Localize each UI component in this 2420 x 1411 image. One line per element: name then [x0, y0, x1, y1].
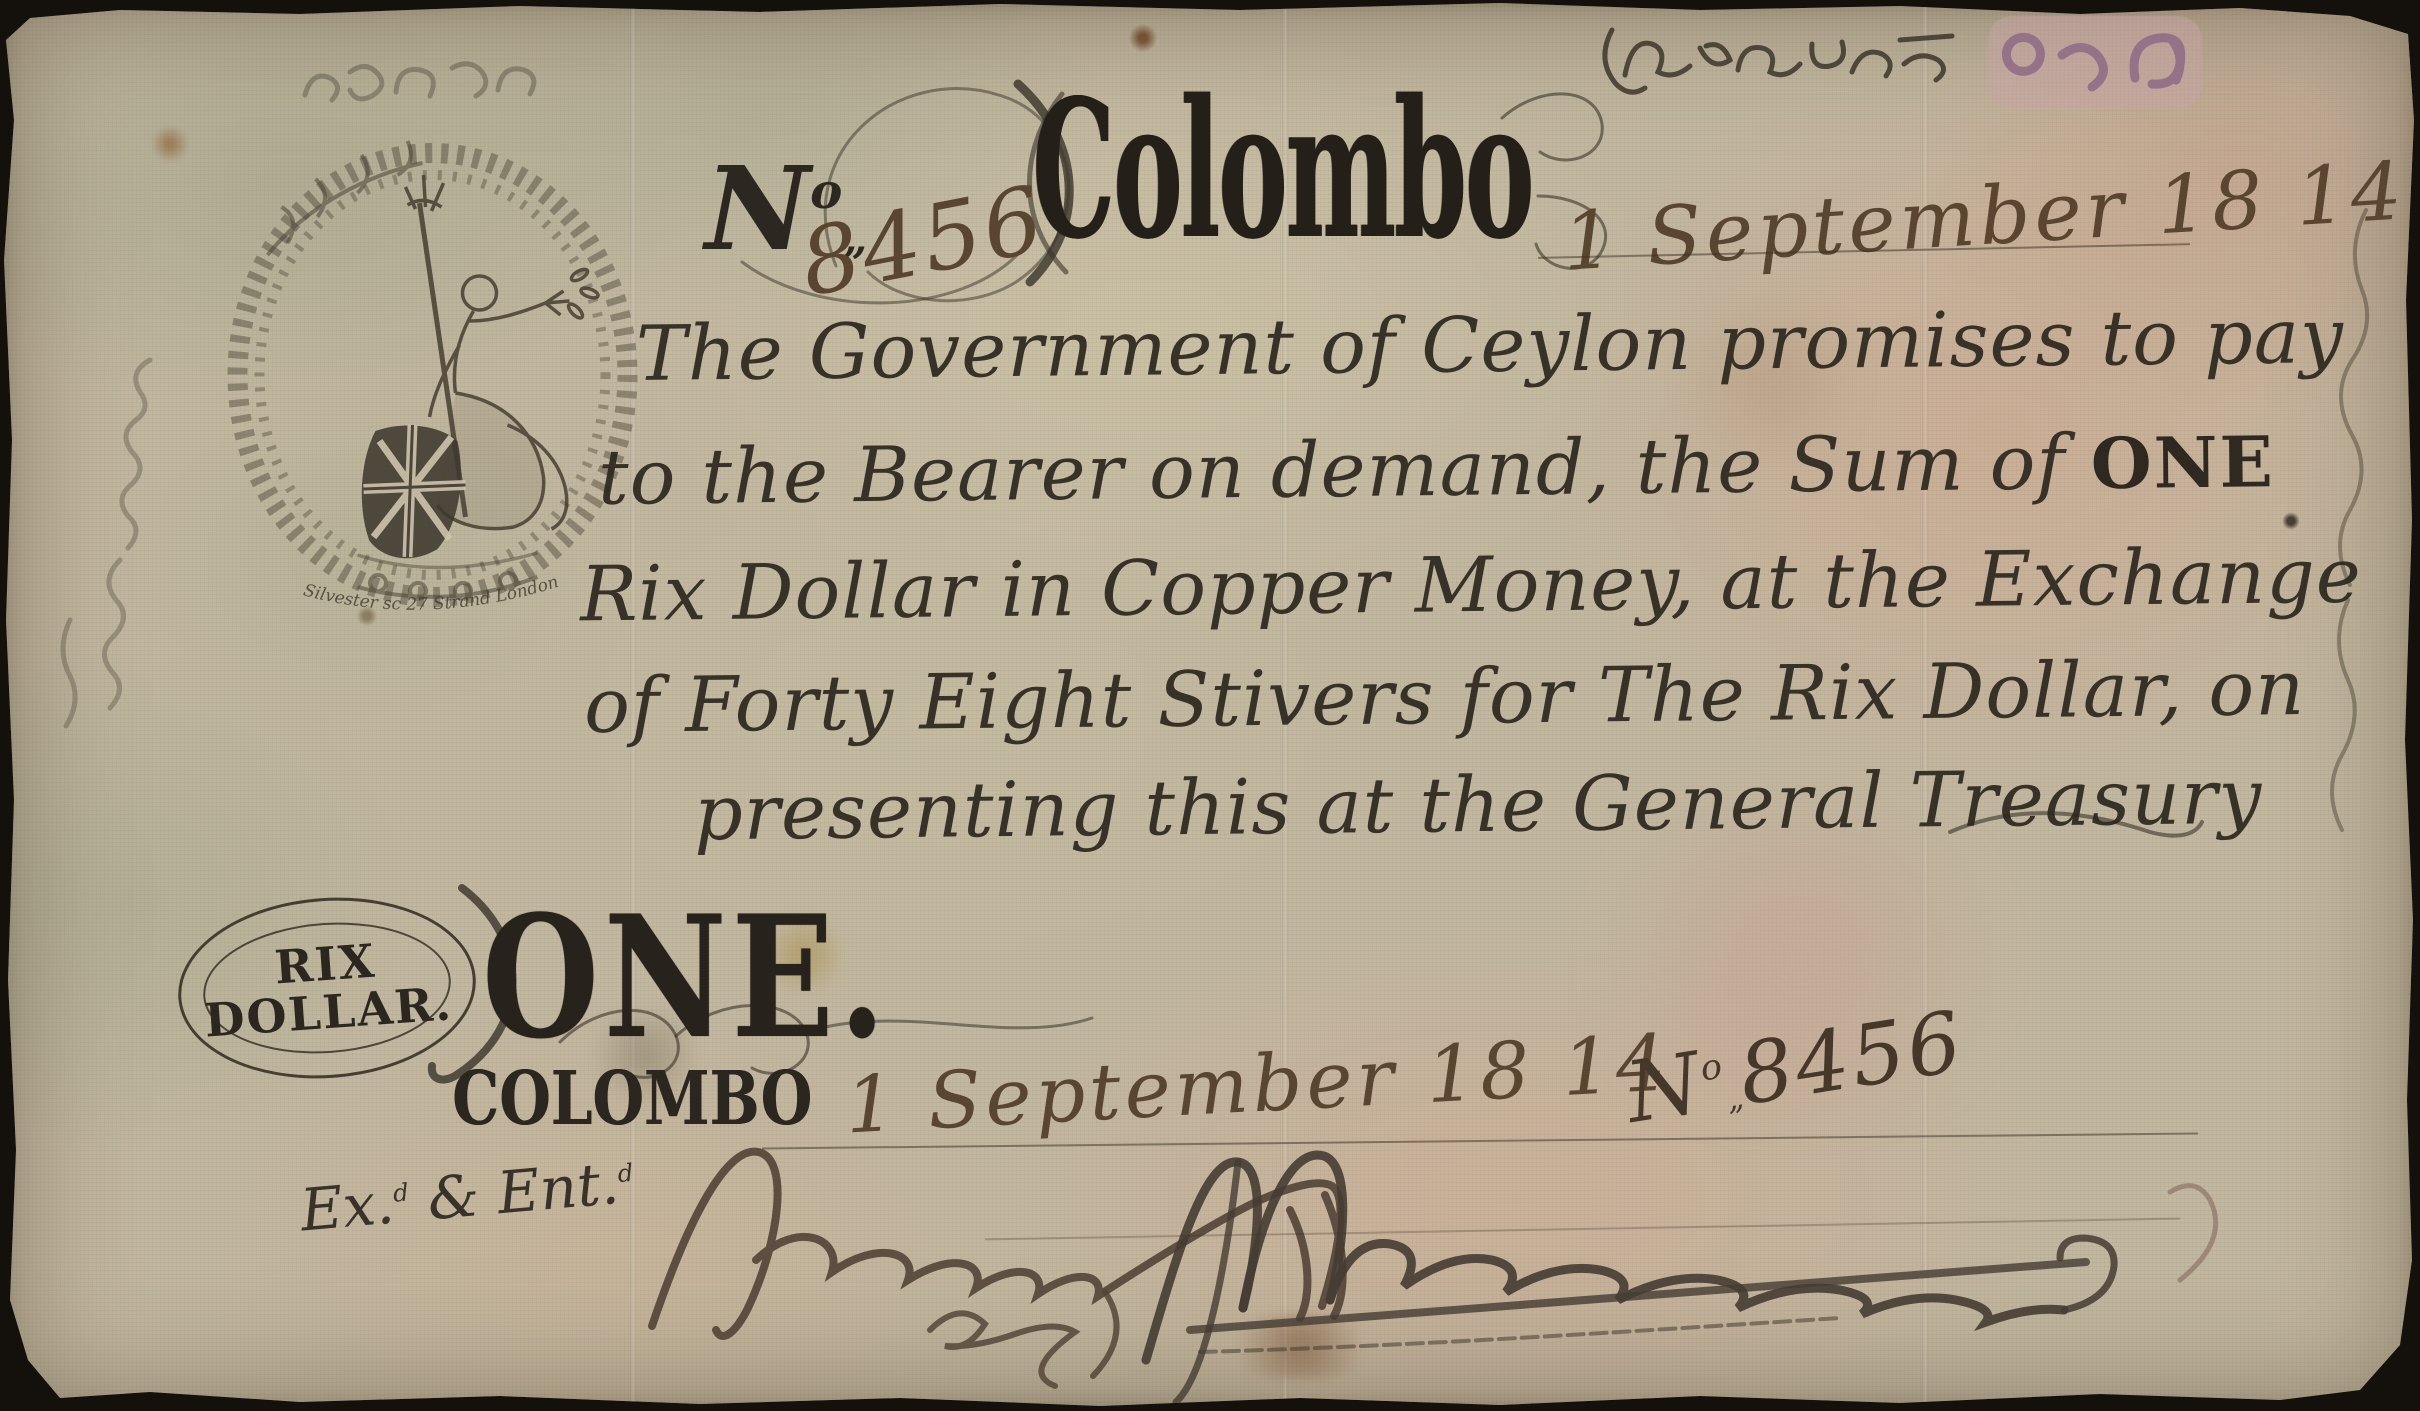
tamil-mauve-stamp: [1988, 16, 2202, 108]
entered-superscript: d: [616, 1158, 634, 1188]
entered-abbrev: Ent.: [495, 1149, 622, 1227]
place-title: Colombo: [1032, 58, 1532, 281]
promise-line-5: presenting this at the General Treasury: [694, 752, 2263, 857]
signature-initials: [930, 1292, 1117, 1386]
union-jack-shield: [362, 425, 466, 558]
sinhala-ghost-top: [305, 64, 534, 100]
promise-line-2-text: to the Bearer on demand, the Sum of: [598, 417, 2092, 522]
ampersand: &: [406, 1159, 500, 1234]
serial-letter: N: [705, 142, 810, 277]
denomination-word-inline: ONE: [2090, 421, 2275, 505]
promise-line-2: to the Bearer on demand, the Sum of ONE: [598, 415, 2276, 522]
banknote-paper: Silvester sc 27 Strand London No„ 8456 C…: [0, 0, 2420, 1411]
footer-place: COLOMBO: [452, 1056, 812, 1142]
scanned-banknote-scene: Silvester sc 27 Strand London No„ 8456 C…: [0, 0, 2420, 1411]
promise-line-1: The Government of Ceylon promises to pay: [636, 291, 2345, 398]
tamil-ink-inscription: [1605, 30, 1952, 92]
examined-abbrev: Ex.: [298, 1169, 397, 1245]
sinhala-ghost-left: [63, 360, 150, 726]
promise-line-3: Rix Dollar in Copper Money, at the Excha…: [580, 531, 2363, 639]
promise-line-4: of Forty Eight Stivers for The Rix Dolla…: [584, 643, 2306, 750]
denomination-large: ONE.: [482, 878, 890, 1076]
